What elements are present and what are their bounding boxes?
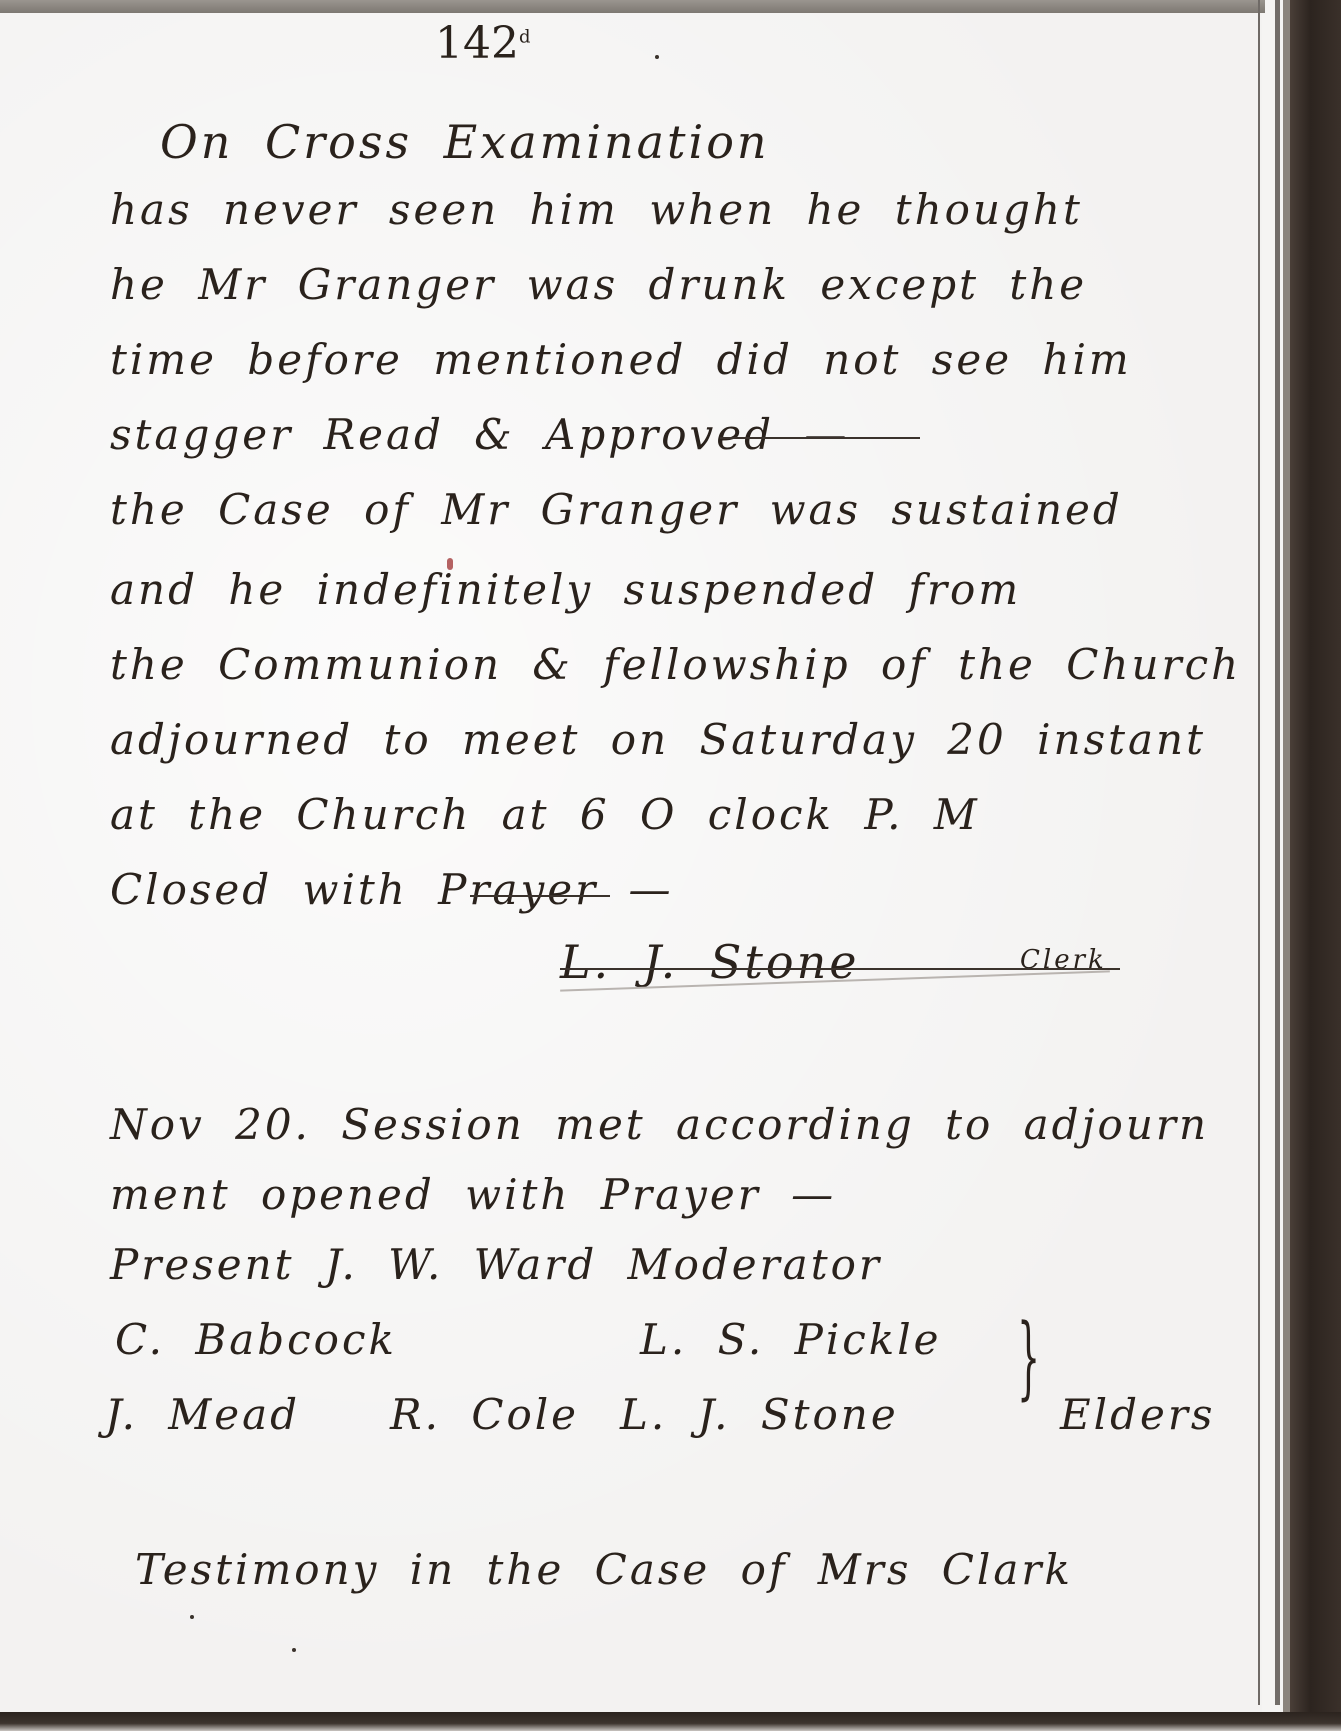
book-binding — [1290, 0, 1341, 1731]
elder-name: L. S. Pickle — [640, 1315, 942, 1364]
page-number-value: 142 — [435, 18, 519, 69]
text-line: the Case of Mr Granger was sustained — [110, 485, 1123, 534]
text-line: Closed with Prayer — — [110, 865, 674, 914]
text-line: the Communion & fellowship of the Church — [110, 640, 1241, 689]
text-line: time before mentioned did not see him — [110, 335, 1132, 384]
page-edge-shadow — [1275, 0, 1280, 1705]
text-line: and he indefinitely suspended from — [110, 565, 1021, 614]
entry-heading: Testimony in the Case of Mrs Clark — [135, 1545, 1073, 1594]
text-line: stagger Read & Approved — — [110, 410, 849, 459]
book-bottom-edge — [0, 1712, 1341, 1731]
entry-heading: On Cross Examination — [160, 115, 770, 169]
text-line: ment opened with Prayer — — [110, 1170, 836, 1219]
ink-dot — [292, 1648, 296, 1652]
page-margin-line — [1258, 0, 1260, 1705]
elder-name: R. Cole — [390, 1390, 579, 1439]
ink-dot — [190, 1615, 194, 1619]
page-number: 142d — [435, 18, 531, 69]
page-number-suffix: d — [519, 26, 531, 47]
photo-top-edge — [0, 0, 1265, 13]
end-of-line-dash — [470, 895, 610, 897]
elder-name: J. Mead — [105, 1390, 300, 1439]
elder-name: L. J. Stone — [620, 1390, 899, 1439]
text-line: Present J. W. Ward Moderator — [110, 1240, 882, 1289]
text-line: adjourned to meet on Saturday 20 instant — [110, 715, 1206, 764]
brace-icon: } — [1017, 1305, 1040, 1410]
text-line: has never seen him when he thought — [110, 185, 1083, 234]
text-line: he Mr Granger was drunk except the — [110, 260, 1087, 309]
text-line: at the Church at 6 O clock P. M — [110, 790, 980, 839]
elders-label: Elders — [1060, 1390, 1215, 1439]
elder-name: C. Babcock — [115, 1315, 397, 1364]
end-of-line-dash — [720, 437, 920, 439]
signature-underline — [560, 968, 1120, 970]
text-line: Nov 20. Session met according to adjourn — [110, 1100, 1209, 1149]
ink-dot — [655, 55, 659, 59]
